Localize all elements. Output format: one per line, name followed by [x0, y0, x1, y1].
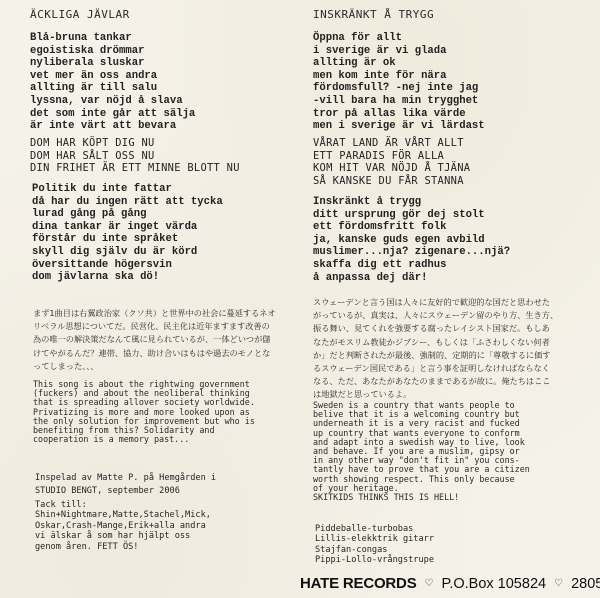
- english-note: Sweden is a country that wants people to…: [313, 401, 530, 502]
- thanks-list: Tack till: Shin+Nightmare,Matte,Stachel,…: [35, 500, 211, 552]
- heart-icon: ♡: [554, 578, 563, 589]
- lyrics-chorus: DOM HAR KÖPT DIG NU DOM HAR SÅLT OSS NU …: [30, 137, 240, 175]
- postcode: 28058: [571, 576, 600, 592]
- band-members: Piddeballe-turbobas Lillis-elekktrik git…: [315, 524, 434, 566]
- lyrics-chorus: VÅRAT LAND ÄR VÅRT ALLT ETT PARADIS FÖR …: [313, 137, 470, 187]
- lyrics-verse-1: Blå-bruna tankar egoistiska drömmar nyli…: [30, 32, 195, 133]
- japanese-note: まず1曲目は右翼政治家（クソ共）と世界中の社会に蔓延するネオ リベラル思想につい…: [33, 307, 276, 373]
- record-label-name: HATE RECORDS: [300, 575, 417, 592]
- lyrics-verse-2: Politik du inte fattar då har du ingen r…: [32, 183, 223, 284]
- song-title-ackliga-javlar: ÄCKLIGA JÄVLAR: [30, 8, 130, 21]
- recording-credits: Inspelad av Matte P. på Hemgården i STUD…: [35, 472, 216, 498]
- english-note: This song is about the rightwing governm…: [33, 380, 255, 444]
- japanese-note: スウェーデンと言う国は人々に友好的で歓迎的な国だと思わせた がっているが、真実は…: [313, 296, 558, 402]
- lyrics-verse-2: Inskränkt å trygg ditt ursprung gör dej …: [313, 196, 510, 284]
- lyrics-verse-1: Öppna för allt i sverige är vi glada all…: [313, 32, 485, 133]
- po-box-address: P.O.Box 105824: [442, 576, 547, 592]
- heart-icon: ♡: [425, 578, 434, 589]
- label-footer: HATE RECORDS ♡ P.O.Box 105824 ♡ 28058: [300, 575, 600, 592]
- song-title-inskrankt-a-trygg: INSKRÄNKT Å TRYGG: [313, 8, 434, 21]
